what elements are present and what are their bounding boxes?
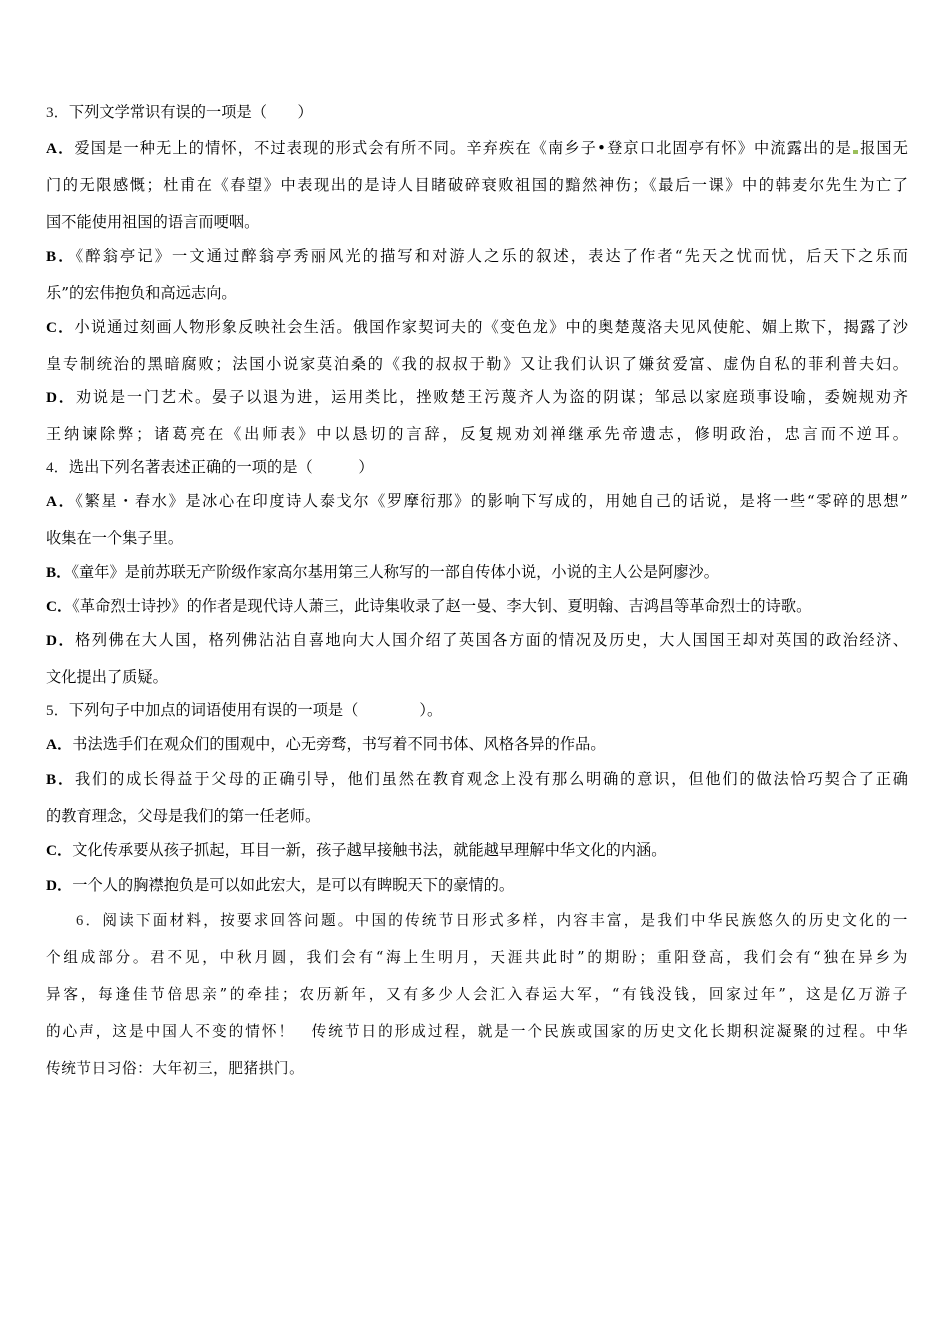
question-3-stem: 3．下列文学常识有误的一项是（ ） xyxy=(46,102,313,123)
question-4-option-d-line-1: D．格列佛在大人国，格列佛沾沾自喜地向大人国介绍了英国各方面的情况及历史，大人国… xyxy=(46,630,908,651)
question-3-option-d-line-2: 王纳谏除弊；诸葛亮在《出师表》中以恳切的言辞，反复规劝刘禅继承先帝遗志，修明政治… xyxy=(46,424,908,444)
question-5-option-c: C．文化传承要从孩子抓起，耳目一新，孩子越早接触书法，就能越早理解中华文化的内涵… xyxy=(46,840,667,861)
question-5-option-b-line-2: 的教育理念，父母是我们的第一任老师。 xyxy=(46,806,320,826)
question-stem-text: 下列句子中加点的词语使用有误的一项是（ ）。 xyxy=(69,701,442,719)
question-stem-text: 选出下列名著表述正确的一项的是（ ） xyxy=(69,458,374,476)
question-4-option-a-line-2: 收集在一个集子里。 xyxy=(46,528,183,548)
option-text: 格列佛在大人国，格列佛沾沾自喜地向大人国介绍了英国各方面的情况及历史，大人国国王… xyxy=(75,631,908,649)
passage-text: 中国的传统节日形式多样，内容丰富，是我们中华民族悠久的历史文化的一 xyxy=(355,912,908,929)
option-text: 《醉翁亭记》一文通过醉翁亭秀丽风光的描写和对游人之乐的叙述，表达了作者“先天之忧… xyxy=(76,247,908,265)
option-text: 《繁星・春水》是冰心在印度诗人泰戈尔《罗摩衍那》的影响下写成的，用她自己的话说，… xyxy=(75,492,908,510)
option-label: C． xyxy=(46,598,72,615)
question-number: 3． xyxy=(46,104,69,121)
question-5-option-d: D．一个人的胸襟抱负是可以如此宏大，是可以有睥睨天下的豪情的。 xyxy=(46,875,514,896)
option-label: A． xyxy=(46,140,74,157)
question-number: 5． xyxy=(46,702,69,719)
highlight-mark-icon xyxy=(853,150,858,154)
question-number: 6． xyxy=(76,913,102,929)
option-label: B． xyxy=(46,564,71,581)
question-6-passage-line-5: 传统节日习俗：大年初三，肥猪拱门。 xyxy=(46,1059,304,1079)
option-text: 爱国是一种无上的情怀，不过表现的形式会有所不同。辛弃疾在《南乡子•登京口北固亭有… xyxy=(74,139,852,157)
option-text: 劝说是一门艺术。晏子以退为进，运用类比，挫败楚王污蔑齐人为盗的阴谋；邹忌以家庭琐… xyxy=(76,388,908,406)
option-label: C． xyxy=(46,842,72,859)
option-text: 《童年》是前苏联无产阶级作家高尔基用第三人称写的一部自传体小说，小说的主人公是阿… xyxy=(71,563,719,581)
option-text: 《革命烈士诗抄》的作者是现代诗人萧三，此诗集收录了赵一曼、李大钊、夏明翰、吉鸿昌… xyxy=(72,597,811,615)
question-stem-text: 阅读下面材料，按要求回答问题。 xyxy=(102,912,354,929)
option-label: A． xyxy=(46,493,75,510)
question-6-line-1: 6．阅读下面材料，按要求回答问题。中国的传统节日形式多样，内容丰富，是我们中华民… xyxy=(76,911,908,931)
question-4-option-c: C．《革命烈士诗抄》的作者是现代诗人萧三，此诗集收录了赵一曼、李大钊、夏明翰、吉… xyxy=(46,596,811,617)
option-label: B． xyxy=(46,248,76,265)
question-6-passage-line-3: 异客，每逢佳节倍思亲”的牵挂；农历新年，又有多少人会汇入春运大军，“有钱没钱，回… xyxy=(46,985,908,1005)
option-text: 我们的成长得益于父母的正确引导，他们虽然在教育观念上没有那么明确的意识，但他们的… xyxy=(75,770,908,788)
option-text: 书法选手们在观众们的围观中，心无旁骛，书写着不同书体、风格各异的作品。 xyxy=(72,735,605,753)
option-text: 小说通过刻画人物形象反映社会生活。俄国作家契诃夫的《变色龙》中的奥楚蔑洛夫见风使… xyxy=(75,318,908,336)
option-label: A． xyxy=(46,736,72,753)
option-label: D． xyxy=(46,389,76,406)
question-3-option-b-line-1: B．《醉翁亭记》一文通过醉翁亭秀丽风光的描写和对游人之乐的叙述，表达了作者“先天… xyxy=(46,246,908,267)
question-3-option-d-line-1: D．劝说是一门艺术。晏子以退为进，运用类比，挫败楚王污蔑齐人为盗的阴谋；邹忌以家… xyxy=(46,387,908,408)
question-5-option-b-line-1: B．我们的成长得益于父母的正确引导，他们虽然在教育观念上没有那么明确的意识，但他… xyxy=(46,769,908,790)
question-stem-text: 下列文学常识有误的一项是（ ） xyxy=(69,103,313,121)
question-4-option-a-line-1: A．《繁星・春水》是冰心在印度诗人泰戈尔《罗摩衍那》的影响下写成的，用她自己的话… xyxy=(46,491,908,512)
option-label: D． xyxy=(46,632,75,649)
option-text: 一个人的胸襟抱负是可以如此宏大，是可以有睥睨天下的豪情的。 xyxy=(72,876,514,894)
option-label: B． xyxy=(46,771,75,788)
question-4-option-b: B．《童年》是前苏联无产阶级作家高尔基用第三人称写的一部自传体小说，小说的主人公… xyxy=(46,562,719,583)
option-text: 报国无 xyxy=(859,139,908,157)
question-3-option-c-line-1: C．小说通过刻画人物形象反映社会生活。俄国作家契诃夫的《变色龙》中的奥楚蔑洛夫见… xyxy=(46,317,908,338)
question-5-option-a: A．书法选手们在观众们的围观中，心无旁骛，书写着不同书体、风格各异的作品。 xyxy=(46,734,606,755)
question-3-option-b-line-2: 乐”的宏伟抱负和高远志向。 xyxy=(46,283,237,303)
option-label: D． xyxy=(46,877,72,894)
question-4-stem: 4．选出下列名著表述正确的一项的是（ ） xyxy=(46,457,374,478)
question-5-stem: 5．下列句子中加点的词语使用有误的一项是（ ）。 xyxy=(46,700,442,721)
question-4-option-d-line-2: 文化提出了质疑。 xyxy=(46,667,168,687)
question-3-option-c-line-2: 皇专制统治的黑暗腐败；法国小说家莫泊桑的《我的叔叔于勒》又让我们认识了嫌贫爱富、… xyxy=(46,354,908,374)
option-label: C． xyxy=(46,319,75,336)
question-6-passage-line-2: 个组成部分。君不见，中秋月圆，我们会有“海上生明月，天涯共此时”的期盼；重阳登高… xyxy=(46,948,908,968)
question-3-option-a-line-3: 国不能使用祖国的语言而哽咽。 xyxy=(46,212,259,232)
question-3-option-a-line-1: A．爱国是一种无上的情怀，不过表现的形式会有所不同。辛弃疾在《南乡子•登京口北固… xyxy=(46,138,908,159)
question-3-option-a-line-2: 门的无限感慨；杜甫在《春望》中表现出的是诗人目睹破碎衰败祖国的黯然神伤；《最后一… xyxy=(46,175,908,195)
question-number: 4． xyxy=(46,459,69,476)
question-6-passage-line-4: 的心声，这是中国人不变的情怀！ 传统节日的形成过程，就是一个民族或国家的历史文化… xyxy=(46,1022,908,1042)
option-text: 文化传承要从孩子抓起，耳目一新，孩子越早接触书法，就能越早理解中华文化的内涵。 xyxy=(72,841,666,859)
